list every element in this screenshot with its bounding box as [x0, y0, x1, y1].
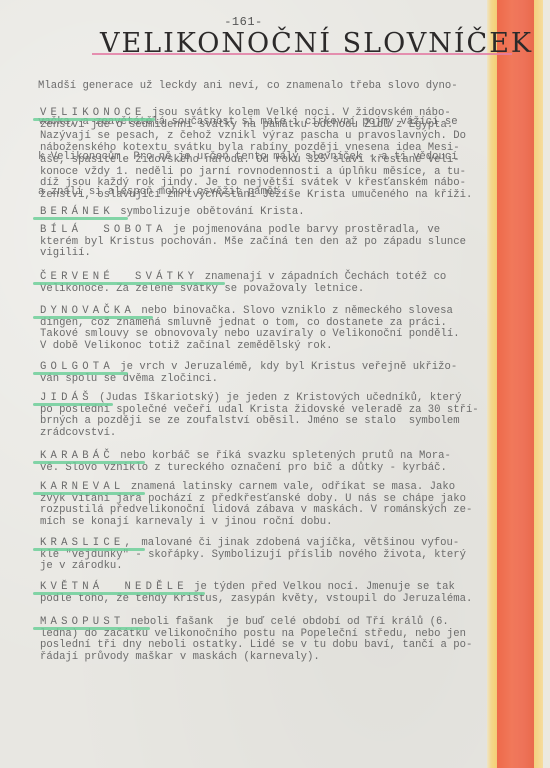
entry-definition-line: podle toho, že tehdy Kristus, zasypán kv… [40, 594, 488, 606]
entry-definition-line: řádají průvody maškar v maskách (karneva… [40, 652, 488, 664]
term-highlight-underline [33, 592, 205, 595]
term-highlight-underline [33, 492, 145, 495]
entry-definition-line: Velikonoce. Za zelené svátky se považova… [40, 284, 488, 296]
entry-first-line: BÍLÁ SOBOTA je pojmenována podle barvy p… [40, 225, 488, 237]
entry-definition-start: znamená latinsky carnem vale, odříkat se… [124, 481, 455, 493]
decorative-stripe-red [497, 0, 534, 768]
entry-definition-start: nebo binovačka. Slovo vzniklo z německéh… [135, 305, 453, 317]
glossary-entry: KARNEVAL znamená latinsky carnem vale, o… [40, 482, 488, 529]
glossary-entry: JIDÁŠ (Judas Iškariotský) je jeden z Kri… [40, 393, 488, 440]
entry-definition-start: malované či jinak zdobená vajíčka, větši… [135, 537, 459, 549]
term-highlight-underline [33, 461, 145, 464]
glossary-entry: DYNOVAČKA nebo binovačka. Slovo vzniklo … [40, 306, 488, 353]
entry-definition-start: jsou svátky kolem Velké noci. V židovské… [146, 107, 451, 119]
glossary-entry: KRASLICE, malované či jinak zdobená vají… [40, 538, 488, 573]
entry-definition-line: zrádcovství. [40, 428, 488, 440]
entry-definition-line: kterém byl Kristus pochován. Mše začíná … [40, 237, 488, 249]
document-page: -161- VELIKONOČNÍ SLOVNÍČEK Mladší gener… [0, 0, 550, 768]
entry-definition-start: (Judas Iškariotský) je jeden z Kristovýc… [93, 392, 462, 404]
entry-term: BÍLÁ SOBOTA [40, 224, 167, 236]
term-highlight-underline [33, 372, 128, 375]
page-number: -161- [0, 15, 487, 29]
entry-definition-line: mích se konají karnevaly i v jinou roční… [40, 517, 488, 529]
term-highlight-underline [33, 282, 225, 285]
entry-definition-line: vigilií. [40, 248, 488, 260]
term-highlight-underline [33, 627, 150, 630]
glossary-entry: VELIKONOCE jsou svátky kolem Velké noci.… [40, 108, 488, 202]
entry-definition-start: je vrch v Jeruzalémě, kdy byl Kristus ve… [114, 361, 457, 373]
glossary-entry: BÍLÁ SOBOTA je pojmenována podle barvy p… [40, 225, 488, 260]
term-highlight-underline [33, 316, 153, 319]
term-highlight-underline [33, 217, 128, 220]
entry-definition-start: symbolizuje obětování Krista. [114, 206, 305, 218]
term-highlight-underline [33, 118, 155, 121]
entry-definition-start: neboli fašank je buď celé období od Tří … [124, 616, 448, 628]
entry-definition-line: V době Velikonoc totiž začínal zemědělsk… [40, 341, 488, 353]
term-highlight-underline [33, 403, 113, 406]
entry-definition-line: vě. Slovo vzniklo z tureckého označení p… [40, 463, 488, 475]
entry-definition-line: ván spolu se dvěma zločinci. [40, 374, 488, 386]
entry-definition-start: je týden před Velkou nocí. Jmenuje se ta… [188, 581, 455, 593]
glossary-entry: MASOPUST neboli fašank je buď celé obdob… [40, 617, 488, 664]
decorative-stripe-yellow-inner [534, 0, 543, 768]
entry-definition-start: je pojmenována podle barvy prostěradla, … [167, 224, 440, 236]
term-highlight-underline [33, 548, 145, 551]
intro-line: Mladší generace už leckdy ani neví, co z… [38, 81, 486, 93]
entry-definition-start: nebo korbáč se říká svazku spletených pr… [114, 450, 451, 462]
entry-definition-start: znamenají v západních Čechách totéž co [198, 271, 446, 283]
title-underline [92, 53, 512, 55]
entry-definition-line: áše, spasitele židovského národa. Od rok… [40, 155, 488, 167]
entry-definition-line: ženství, oslavující zmrtvýchvstání Ježíš… [40, 190, 488, 202]
entry-definition-line: je v zárodku. [40, 561, 488, 573]
page-edge [543, 0, 550, 768]
